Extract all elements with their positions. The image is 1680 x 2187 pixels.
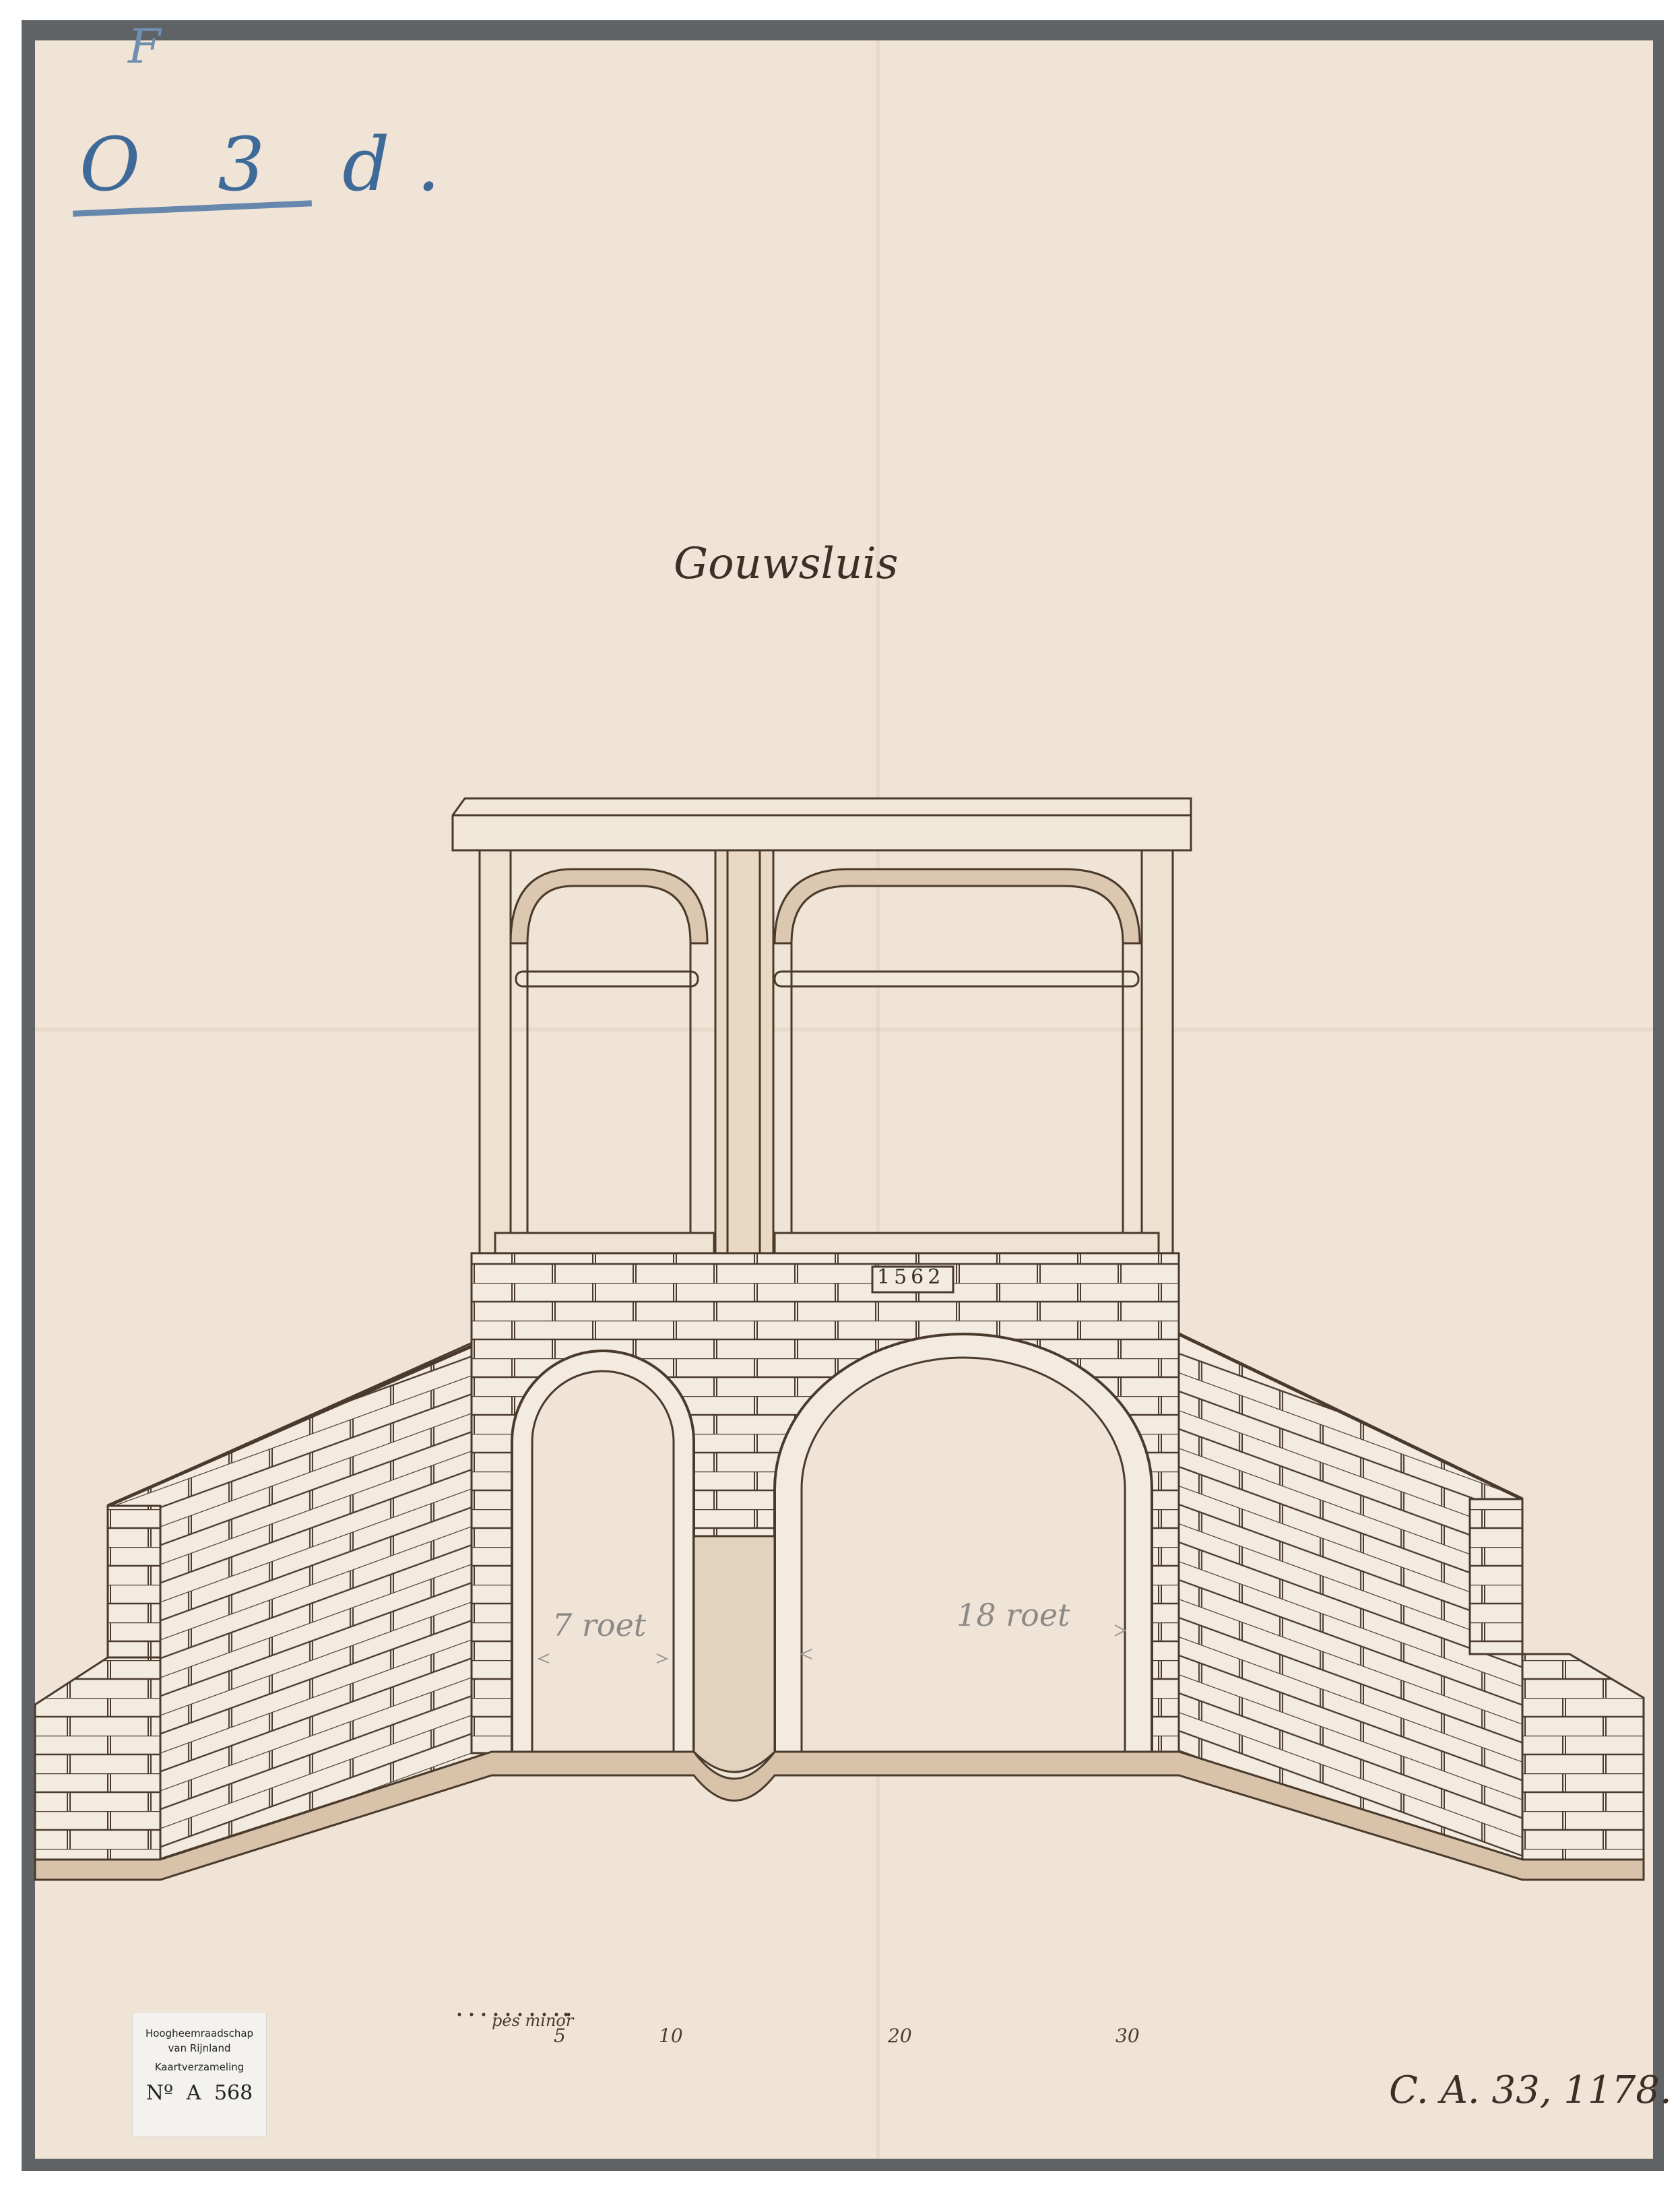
sluice-elevation-drawing [0,0,1680,2187]
large-arch [775,1334,1152,1752]
sluice-structure [35,798,1644,1880]
drawing-title: Gouwsluis [674,539,899,589]
roof-beam [453,798,1191,850]
upper-arch-braces [511,869,1140,943]
archive-label-no-prefix: Nº [146,2081,173,2105]
right-pier-end [1470,1499,1522,1654]
gate-bars [516,972,1138,986]
scale-tick-10: 10 [659,2025,683,2047]
small-arch-dimension: 7 roet [552,1607,646,1643]
left-base-step [35,1657,160,1860]
right-base-step [1522,1654,1644,1860]
sill-left [495,1233,714,1253]
archive-label-number-row: Nº A 568 [133,2081,266,2105]
scale-tick-20: 20 [888,2025,912,2047]
sill-right [775,1233,1159,1253]
shelfmark-letter: F [128,19,161,74]
left-pier-end [108,1506,160,1657]
archive-label-region: van Rijnland [133,2042,266,2054]
archive-label: Hoogheemraadschap van Rijnland Kaartverz… [132,2012,267,2137]
scale-unit: pes minor [492,2011,573,2030]
scale-tick-30: 30 [1116,2025,1140,2047]
small-arch [512,1351,694,1752]
archive-label-collection: Kaartverzameling [133,2061,266,2073]
shelfmark: O 3 d. [79,121,467,208]
archive-label-number: 568 [214,2081,253,2105]
central-pier-cutwater [694,1536,775,1772]
large-arch-dimension: 18 roet [957,1597,1070,1633]
archive-label-series: A [187,2081,201,2105]
date-plaque-text: 1562 [877,1265,944,1289]
archive-label-institution: Hoogheemraadschap [133,2027,266,2039]
catalog-number: C. A. 33, 1178. [1389,2068,1672,2112]
